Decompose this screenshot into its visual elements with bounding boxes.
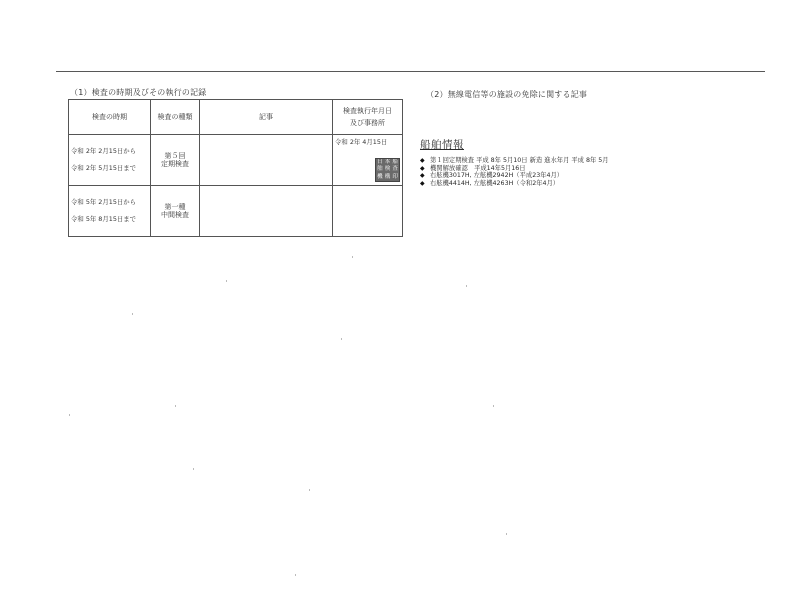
scan-speck bbox=[309, 489, 310, 491]
table-row: 令和 5年 2月15日から 令和 5年 8月15日まで 第一種 中間検査 bbox=[69, 186, 403, 237]
list-item: ◆ 第１回定期検査 平成 8年 5月10日 新造 進水年月 平成 8年 5月 bbox=[420, 157, 609, 165]
section-1-title: （1）検査の時期及びその執行の記録 bbox=[70, 87, 207, 98]
scan-speck bbox=[493, 405, 494, 407]
header-execution-date-office: 検査執行年月日 及び事務所 bbox=[333, 100, 403, 135]
scan-speck bbox=[193, 468, 194, 470]
scan-speck bbox=[69, 414, 70, 416]
notes-cell bbox=[200, 186, 333, 237]
scan-speck bbox=[132, 313, 133, 315]
execution-date: 令和 2年 4月15日 bbox=[335, 138, 387, 146]
scan-speck bbox=[226, 280, 227, 282]
header-inspection-type: 検査の種類 bbox=[151, 100, 200, 135]
official-seal-stamp-icon: 日 本 船 舶 検 査 機 構 印 bbox=[375, 158, 400, 182]
execution-cell bbox=[333, 186, 403, 237]
scan-speck bbox=[506, 533, 507, 535]
period-cell: 令和 5年 2月15日から 令和 5年 8月15日まで bbox=[69, 186, 151, 237]
header-inspection-period: 検査の時期 bbox=[69, 100, 151, 135]
ship-info-heading: 船舶情報 bbox=[420, 137, 609, 152]
execution-cell: 令和 2年 4月15日 日 本 船 舶 検 査 機 構 印 bbox=[333, 135, 403, 186]
period-from: 令和 2年 2月15日から bbox=[71, 143, 150, 160]
inspection-record-table: 検査の時期 検査の種類 記事 検査執行年月日 及び事務所 令和 2年 2月15日… bbox=[68, 99, 403, 237]
scan-speck bbox=[466, 285, 467, 287]
scan-speck bbox=[295, 574, 296, 576]
inspection-type-cell: 第５回 定期検査 bbox=[151, 135, 200, 186]
inspection-type-cell: 第一種 中間検査 bbox=[151, 186, 200, 237]
ship-info-list: ◆ 第１回定期検査 平成 8年 5月10日 新造 進水年月 平成 8年 5月 ◆… bbox=[420, 157, 609, 187]
scan-speck bbox=[341, 338, 342, 340]
scan-speck bbox=[175, 405, 176, 407]
header-divider-line bbox=[56, 71, 765, 72]
scan-speck bbox=[352, 256, 353, 258]
period-to: 令和 2年 5月15日まで bbox=[71, 160, 150, 177]
diamond-bullet-icon: ◆ bbox=[420, 172, 430, 180]
table-row: 令和 2年 2月15日から 令和 2年 5月15日まで 第５回 定期検査 令和 … bbox=[69, 135, 403, 186]
list-item: ◆ 右舷機3017H, 左舷機2942H（平成23年4月） bbox=[420, 172, 609, 180]
table-header-row: 検査の時期 検査の種類 記事 検査執行年月日 及び事務所 bbox=[69, 100, 403, 135]
period-from: 令和 5年 2月15日から bbox=[71, 194, 150, 211]
section-2-title: （2）無線電信等の施設の免除に関する記事 bbox=[426, 89, 587, 100]
diamond-bullet-icon: ◆ bbox=[420, 157, 430, 165]
notes-cell bbox=[200, 135, 333, 186]
diamond-bullet-icon: ◆ bbox=[420, 180, 430, 188]
diamond-bullet-icon: ◆ bbox=[420, 165, 430, 173]
period-to: 令和 5年 8月15日まで bbox=[71, 211, 150, 228]
ship-info-block: 船舶情報 ◆ 第１回定期検査 平成 8年 5月10日 新造 進水年月 平成 8年… bbox=[420, 137, 609, 187]
header-notes: 記事 bbox=[200, 100, 333, 135]
list-item: ◆ 右舷機4414H, 左舷機4263H（令和2年4月） bbox=[420, 180, 609, 188]
period-cell: 令和 2年 2月15日から 令和 2年 5月15日まで bbox=[69, 135, 151, 186]
